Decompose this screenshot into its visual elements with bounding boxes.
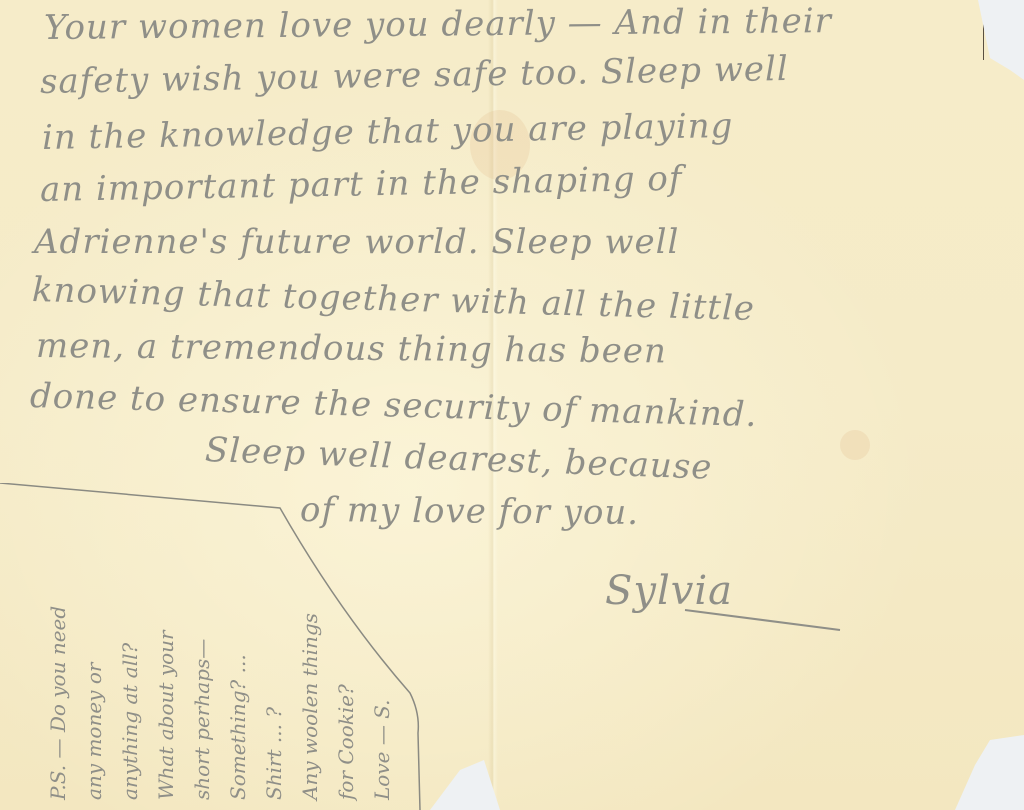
ps-line: P.S. — Do you need — [40, 606, 76, 800]
letter-line-6: knowing that together with all the littl… — [31, 270, 755, 329]
ps-line: short perhaps— — [184, 606, 220, 800]
letter-line-2: safety wish you were safe too. Sleep wel… — [40, 49, 789, 102]
closing-line-1: Sleep well dearest, because — [204, 430, 713, 488]
letter-line-3: in the knowledge that you are playing — [42, 106, 734, 158]
ps-line: for Cookie? — [328, 606, 364, 800]
ps-line: Something? ... — [220, 606, 256, 800]
ps-line: Love — S. — [364, 606, 400, 800]
letter-line-7: men, a tremendous thing has been — [36, 326, 667, 372]
postscript-note: P.S. — Do you need any money or anything… — [40, 606, 400, 800]
letter-page: Your women love you dearly — And in thei… — [0, 0, 1024, 810]
letter-line-1: Your women love you dearly — And in thei… — [44, 1, 832, 48]
letter-line-8: done to ensure the security of mankind. — [29, 376, 757, 435]
ps-line: Any woolen things — [292, 606, 328, 800]
ps-line: anything at all? — [112, 606, 148, 800]
signature-underline — [680, 600, 850, 640]
letter-line-5: Adrienne's future world. Sleep well — [34, 222, 679, 262]
ps-line: Shirt ... ? — [256, 606, 292, 800]
ps-line: What about your — [148, 606, 184, 800]
ps-line: any money or — [76, 606, 112, 800]
letter-line-4: an important part in the shaping of — [40, 159, 683, 210]
paper-stain — [840, 430, 870, 460]
paper-edge-mark — [983, 5, 984, 60]
closing-line-2: of my love for you. — [300, 490, 639, 533]
